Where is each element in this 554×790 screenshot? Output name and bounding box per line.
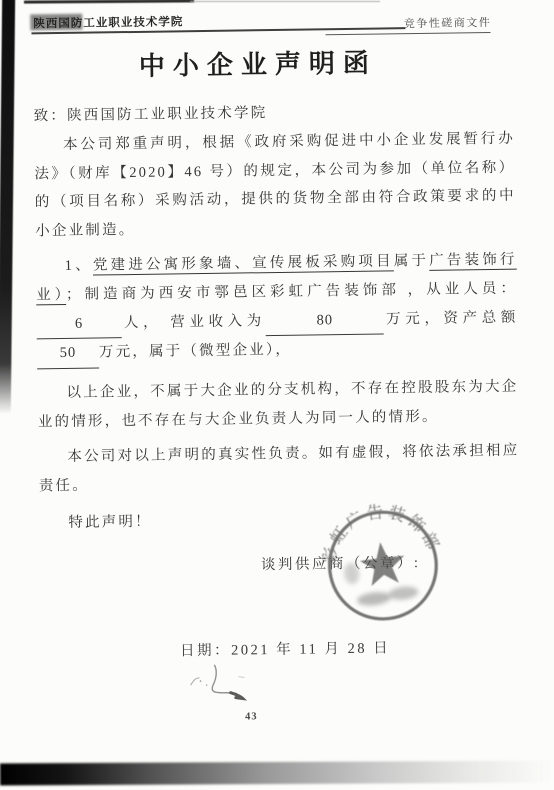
item1-manufacturer: ；制造商为西安市鄠邑区彩虹广告装饰部 ，从业人员： (66, 280, 517, 302)
document-title: 中小企业声明函 (0, 41, 520, 85)
item1-after-employees: 人， 营业收入为 (121, 313, 266, 331)
document-body: 致：陕西国防工业职业技术学院 本公司郑重声明，根据《政府采购促进中小企业发展暂行… (33, 96, 520, 539)
item1-project-name: 党建进公寓形象墙、宣传展板采购项目 (93, 253, 394, 273)
item1-after-assets: 万元，属于（微型企业）， (99, 342, 292, 361)
item1-revenue-blank: 80 (266, 305, 384, 336)
header-organization-name: 陕西国防工业职业技术学院 (33, 13, 183, 31)
paragraph-declaration: 本公司郑重声明，根据《政府采购促进中小企业发展暂行办法》（财库【2020】46 … (34, 124, 517, 246)
item1-assets-blank: 50 (37, 339, 99, 370)
item1-number: 1、 (65, 258, 93, 274)
paragraph-no-affiliation: 以上企业，不属于大企业的分支机构，不存在控股股东为大企业的情形，也不存在与大企业… (37, 373, 519, 437)
stamp-star-icon (358, 540, 407, 587)
page-number: 43 (245, 711, 258, 722)
item1-belongs: 属于 (394, 253, 430, 269)
stamp-left-smudge (343, 562, 360, 585)
date-line: 日期：2021 年 11 月 28 日 (180, 636, 390, 660)
paragraph-responsibility: 本公司对以上声明的真实性负责。如有虚假，将依法承担相应责任。 (38, 436, 520, 500)
item1-employees-blank: 6 (36, 309, 121, 340)
document-content: 陕西国防工业职业技术学院 竞争性磋商文件 中小企业声明函 致：陕西国防工业职业技… (0, 0, 554, 790)
item1-after-revenue: 万元，资产总额 (384, 309, 518, 327)
scanned-document-page: 陕西国防工业职业技术学院 竞争性磋商文件 中小企业声明函 致：陕西国防工业职业技… (0, 0, 554, 790)
paragraph-hereby-declare: 特此声明！ (39, 503, 520, 539)
stamp-lower-smudge-2 (388, 585, 419, 601)
company-seal-stamp: 彩虹广告装饰部 (312, 494, 454, 636)
header-rule-right (326, 32, 491, 36)
handwritten-scribble (186, 658, 277, 707)
header-document-type: 竞争性磋商文件 (404, 14, 492, 31)
paragraph-item1: 1、党建进公寓形象墙、宣传展板采购项目属于广告装饰行业）；制造商为西安市鄠邑区彩… (36, 246, 519, 370)
stamp-lower-smudge (356, 590, 391, 607)
